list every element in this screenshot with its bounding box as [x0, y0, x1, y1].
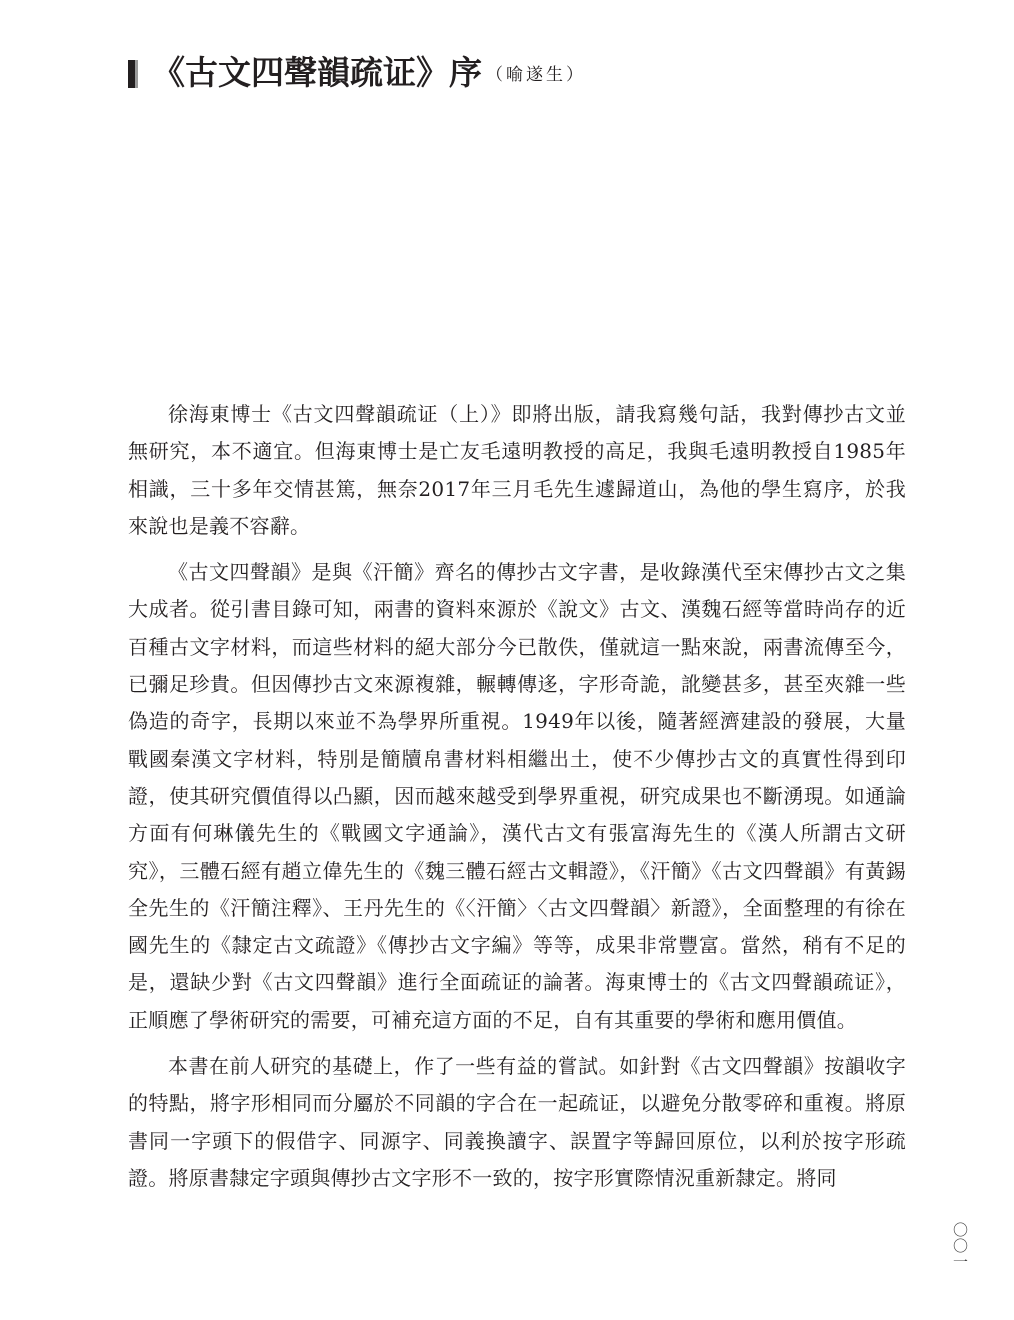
page-number: 〇〇一 [950, 1222, 970, 1270]
chapter-heading: 《古文四聲韻疏证》序 （喻遂生） [128, 50, 586, 96]
heading-bar-marker [128, 60, 138, 88]
paragraph: 徐海東博士《古文四聲韻疏证（上）》即將出版，請我寫幾句話，我對傳抄古文並無研究，… [128, 396, 906, 545]
chapter-author: （喻遂生） [486, 60, 586, 90]
paragraph: 《古文四聲韻》是與《汗簡》齊名的傳抄古文字書，是收錄漢代至宋傳抄古文之集大成者。… [128, 554, 906, 1039]
body-text: 徐海東博士《古文四聲韻疏证（上）》即將出版，請我寫幾句話，我對傳抄古文並無研究，… [128, 396, 906, 1197]
paragraph: 本書在前人研究的基礎上，作了一些有益的嘗試。如針對《古文四聲韻》按韻收字的特點，… [128, 1048, 906, 1197]
chapter-title: 《古文四聲韻疏证》序 [152, 50, 482, 96]
